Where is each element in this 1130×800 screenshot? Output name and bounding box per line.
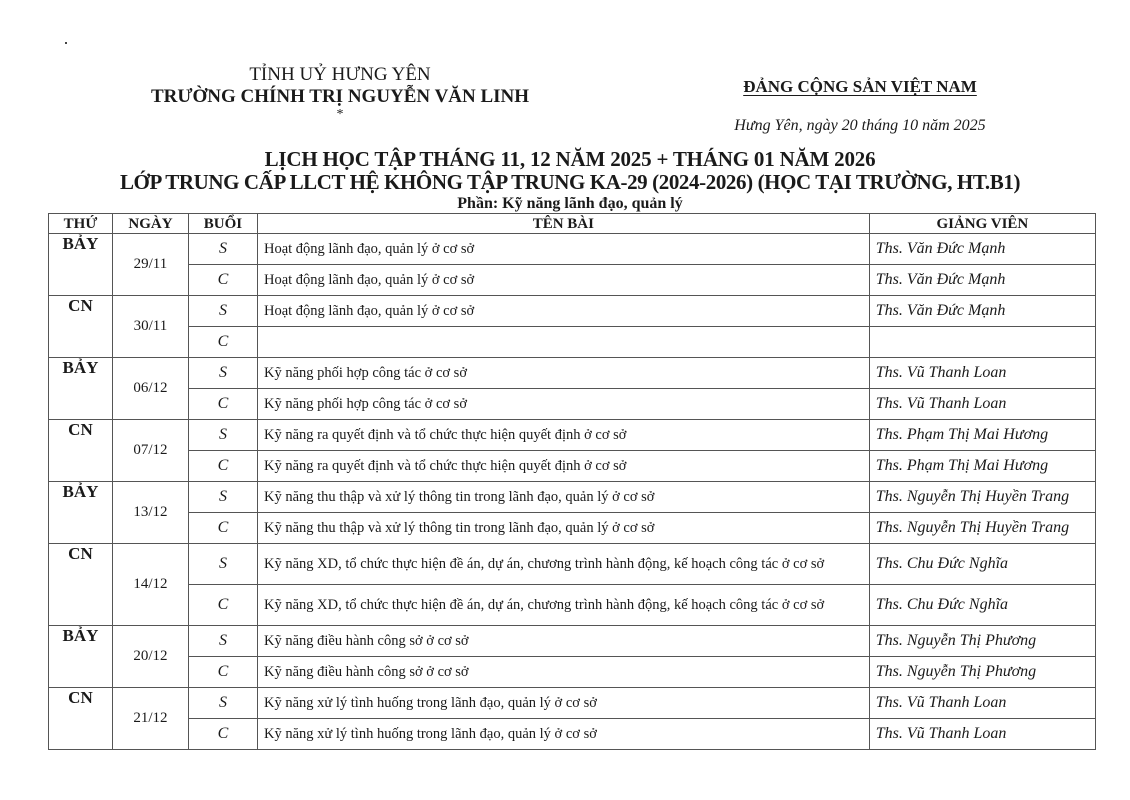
cell-buoi: S bbox=[188, 234, 257, 265]
cell-buoi: S bbox=[188, 296, 257, 327]
table-row: CKỹ năng phối hợp công tác ở cơ sởThs. V… bbox=[49, 389, 1096, 420]
table-row: CN30/11SHoạt động lãnh đạo, quản lý ở cơ… bbox=[49, 296, 1096, 327]
cell-giang-vien: Ths. Chu Đức Nghĩa bbox=[869, 585, 1095, 626]
cell-giang-vien: Ths. Văn Đức Mạnh bbox=[869, 296, 1095, 327]
cell-buoi: C bbox=[188, 513, 257, 544]
table-row: C bbox=[49, 327, 1096, 358]
header-thu: THỨ bbox=[49, 214, 113, 234]
table-row: BẢY13/12SKỹ năng thu thập và xử lý thông… bbox=[49, 482, 1096, 513]
cell-giang-vien: Ths. Văn Đức Mạnh bbox=[869, 265, 1095, 296]
party-name: ĐẢNG CỘNG SẢN VIỆT NAM bbox=[690, 76, 1030, 98]
cell-giang-vien: Ths. Vũ Thanh Loan bbox=[869, 719, 1095, 750]
document-date: Hưng Yên, ngày 20 tháng 10 năm 2025 bbox=[690, 116, 1030, 136]
cell-giang-vien: Ths. Vũ Thanh Loan bbox=[869, 358, 1095, 389]
cell-ngay: 14/12 bbox=[112, 544, 188, 626]
cell-buoi: C bbox=[188, 657, 257, 688]
cell-thu: CN bbox=[49, 296, 113, 358]
cell-giang-vien: Ths. Nguyễn Thị Huyền Trang bbox=[869, 513, 1095, 544]
cell-ten-bai: Kỹ năng xử lý tình huống trong lãnh đạo,… bbox=[257, 688, 869, 719]
table-row: CN07/12SKỹ năng ra quyết định và tổ chức… bbox=[49, 420, 1096, 451]
table-row: CKỹ năng thu thập và xử lý thông tin tro… bbox=[49, 513, 1096, 544]
cell-giang-vien: Ths. Chu Đức Nghĩa bbox=[869, 544, 1095, 585]
cell-ngay: 30/11 bbox=[112, 296, 188, 358]
cell-buoi: S bbox=[188, 626, 257, 657]
cell-buoi: C bbox=[188, 585, 257, 626]
cell-buoi: S bbox=[188, 420, 257, 451]
cell-giang-vien: Ths. Nguyễn Thị Huyền Trang bbox=[869, 482, 1095, 513]
cell-buoi: S bbox=[188, 544, 257, 585]
header-ten-bai: TÊN BÀI bbox=[257, 214, 869, 234]
cell-ten-bai: Kỹ năng phối hợp công tác ở cơ sở bbox=[257, 358, 869, 389]
cell-ten-bai: Kỹ năng thu thập và xử lý thông tin tron… bbox=[257, 482, 869, 513]
cell-ngay: 21/12 bbox=[112, 688, 188, 750]
cell-thu: BẢY bbox=[49, 234, 113, 296]
cell-giang-vien: Ths. Vũ Thanh Loan bbox=[869, 389, 1095, 420]
table-header-row: THỨ NGÀY BUỔI TÊN BÀI GIẢNG VIÊN bbox=[49, 214, 1096, 234]
cell-giang-vien: Ths. Vũ Thanh Loan bbox=[869, 688, 1095, 719]
cell-thu: CN bbox=[49, 688, 113, 750]
header-buoi: BUỔI bbox=[188, 214, 257, 234]
cell-ten-bai: Hoạt động lãnh đạo, quản lý ở cơ sở bbox=[257, 234, 869, 265]
table-row: CN14/12SKỹ năng XD, tổ chức thực hiện đề… bbox=[49, 544, 1096, 585]
table-row: CHoạt động lãnh đạo, quản lý ở cơ sởThs.… bbox=[49, 265, 1096, 296]
cell-buoi: C bbox=[188, 389, 257, 420]
table-row: CKỹ năng xử lý tình huống trong lãnh đạo… bbox=[49, 719, 1096, 750]
table-row: BẢY06/12SKỹ năng phối hợp công tác ở cơ … bbox=[49, 358, 1096, 389]
cell-thu: BẢY bbox=[49, 358, 113, 420]
cell-ngay: 13/12 bbox=[112, 482, 188, 544]
title-line-2: LỚP TRUNG CẤP LLCT HỆ KHÔNG TẬP TRUNG KA… bbox=[60, 171, 1080, 194]
cell-ten-bai: Hoạt động lãnh đạo, quản lý ở cơ sở bbox=[257, 265, 869, 296]
schedule-table: THỨ NGÀY BUỔI TÊN BÀI GIẢNG VIÊN BẢY29/1… bbox=[48, 213, 1096, 750]
cell-giang-vien bbox=[869, 327, 1095, 358]
asterisk-mark: * bbox=[130, 108, 550, 122]
header-ngay: NGÀY bbox=[112, 214, 188, 234]
cell-ten-bai: Hoạt động lãnh đạo, quản lý ở cơ sở bbox=[257, 296, 869, 327]
cell-thu: BẢY bbox=[49, 482, 113, 544]
table-body: BẢY29/11SHoạt động lãnh đạo, quản lý ở c… bbox=[49, 234, 1096, 750]
cell-buoi: C bbox=[188, 719, 257, 750]
scan-speck bbox=[65, 42, 67, 44]
cell-buoi: C bbox=[188, 327, 257, 358]
cell-buoi: S bbox=[188, 482, 257, 513]
cell-ten-bai bbox=[257, 327, 869, 358]
table-row: BẢY29/11SHoạt động lãnh đạo, quản lý ở c… bbox=[49, 234, 1096, 265]
school-name: TRƯỜNG CHÍNH TRỊ NGUYỄN VĂN LINH bbox=[130, 86, 550, 108]
party-header: ĐẢNG CỘNG SẢN VIỆT NAM Hưng Yên, ngày 20… bbox=[690, 76, 1030, 136]
cell-giang-vien: Ths. Phạm Thị Mai Hương bbox=[869, 420, 1095, 451]
cell-ten-bai: Kỹ năng thu thập và xử lý thông tin tron… bbox=[257, 513, 869, 544]
cell-ten-bai: Kỹ năng điều hành công sở ở cơ sở bbox=[257, 626, 869, 657]
cell-ten-bai: Kỹ năng xử lý tình huống trong lãnh đạo,… bbox=[257, 719, 869, 750]
cell-thu: CN bbox=[49, 544, 113, 626]
title-line-1: LỊCH HỌC TẬP THÁNG 11, 12 NĂM 2025 + THÁ… bbox=[60, 148, 1080, 171]
cell-buoi: S bbox=[188, 688, 257, 719]
cell-ten-bai: Kỹ năng phối hợp công tác ở cơ sở bbox=[257, 389, 869, 420]
cell-ten-bai: Kỹ năng ra quyết định và tổ chức thực hi… bbox=[257, 420, 869, 451]
cell-ten-bai: Kỹ năng điều hành công sở ở cơ sở bbox=[257, 657, 869, 688]
cell-ten-bai: Kỹ năng XD, tổ chức thực hiện đề án, dự … bbox=[257, 544, 869, 585]
section-title: Phần: Kỹ năng lãnh đạo, quản lý bbox=[60, 194, 1080, 213]
table-row: CKỹ năng ra quyết định và tổ chức thực h… bbox=[49, 451, 1096, 482]
cell-giang-vien: Ths. Nguyễn Thị Phương bbox=[869, 626, 1095, 657]
cell-giang-vien: Ths. Phạm Thị Mai Hương bbox=[869, 451, 1095, 482]
table-row: BẢY20/12SKỹ năng điều hành công sở ở cơ … bbox=[49, 626, 1096, 657]
header-giang-vien: GIẢNG VIÊN bbox=[869, 214, 1095, 234]
cell-giang-vien: Ths. Nguyễn Thị Phương bbox=[869, 657, 1095, 688]
cell-ngay: 07/12 bbox=[112, 420, 188, 482]
province-committee: TỈNH UỶ HƯNG YÊN bbox=[130, 64, 550, 86]
cell-ten-bai: Kỹ năng XD, tổ chức thực hiện đề án, dự … bbox=[257, 585, 869, 626]
table-row: CKỹ năng điều hành công sở ở cơ sởThs. N… bbox=[49, 657, 1096, 688]
document-title: LỊCH HỌC TẬP THÁNG 11, 12 NĂM 2025 + THÁ… bbox=[60, 148, 1080, 213]
cell-buoi: C bbox=[188, 451, 257, 482]
cell-ten-bai: Kỹ năng ra quyết định và tổ chức thực hi… bbox=[257, 451, 869, 482]
cell-ngay: 20/12 bbox=[112, 626, 188, 688]
cell-buoi: S bbox=[188, 358, 257, 389]
cell-ngay: 06/12 bbox=[112, 358, 188, 420]
issuer-header: TỈNH UỶ HƯNG YÊN TRƯỜNG CHÍNH TRỊ NGUYỄN… bbox=[130, 64, 550, 122]
cell-ngay: 29/11 bbox=[112, 234, 188, 296]
cell-buoi: C bbox=[188, 265, 257, 296]
table-row: CN21/12SKỹ năng xử lý tình huống trong l… bbox=[49, 688, 1096, 719]
cell-thu: BẢY bbox=[49, 626, 113, 688]
cell-thu: CN bbox=[49, 420, 113, 482]
table-row: CKỹ năng XD, tổ chức thực hiện đề án, dự… bbox=[49, 585, 1096, 626]
cell-giang-vien: Ths. Văn Đức Mạnh bbox=[869, 234, 1095, 265]
